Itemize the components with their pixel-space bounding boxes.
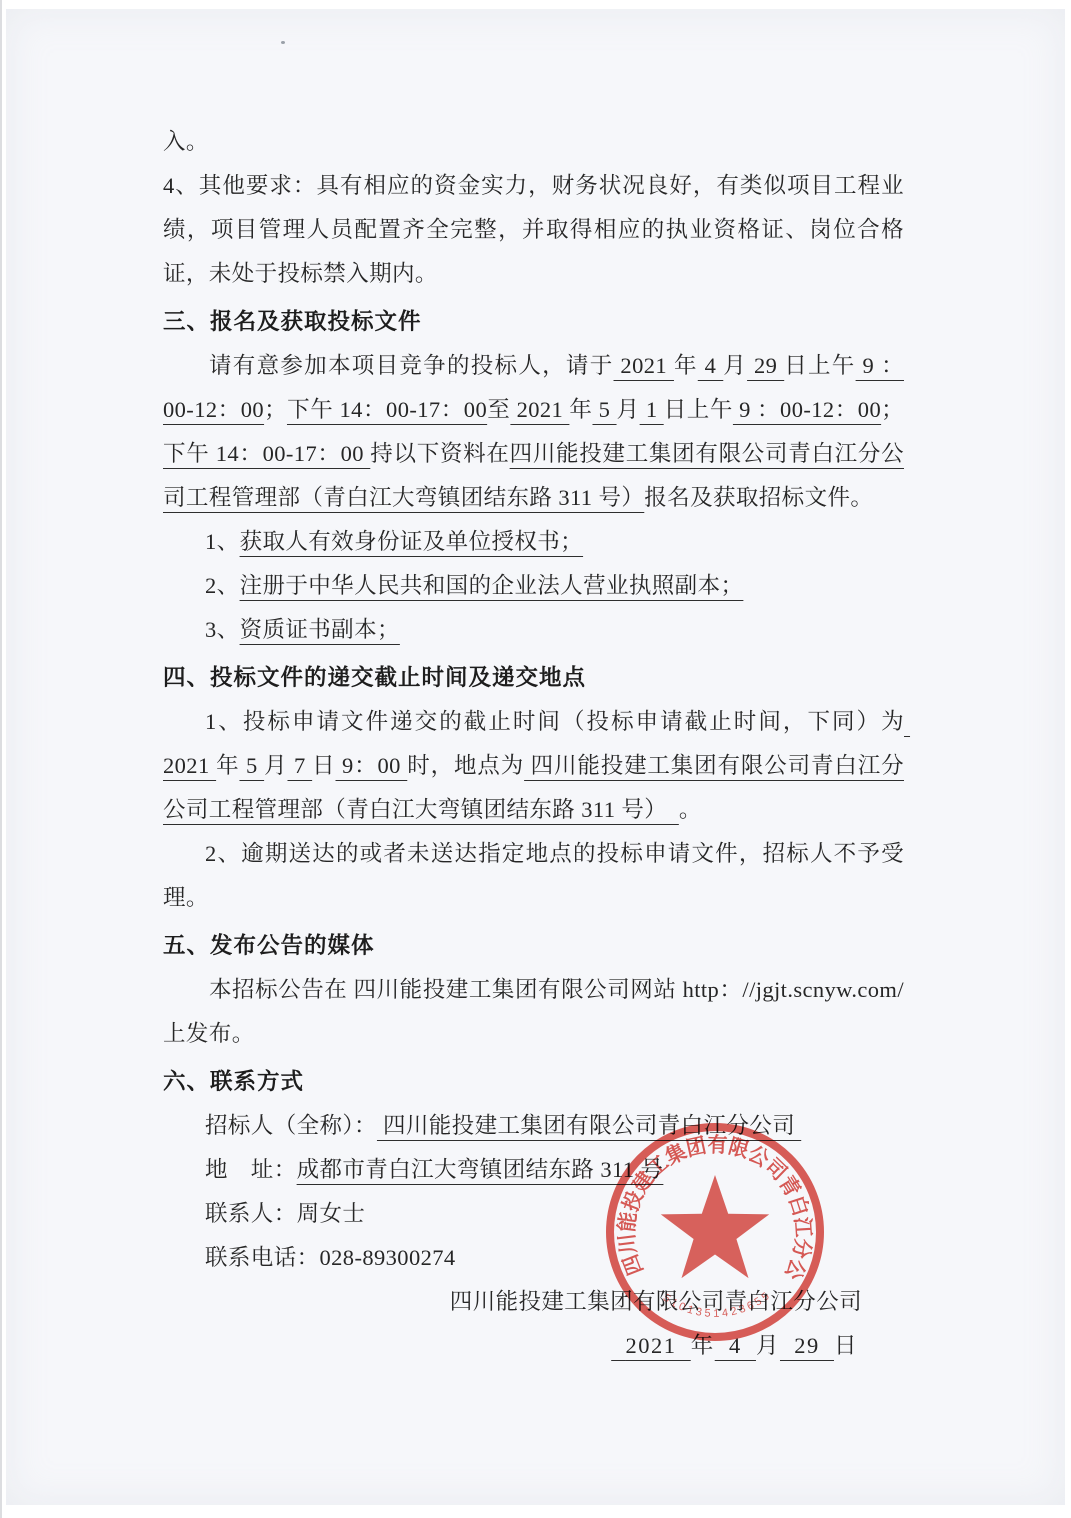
filled-blank-value: 7 <box>287 753 312 778</box>
heading-section-4: 四、投标文件的递交截止时间及递交地点 <box>163 656 904 700</box>
heading-section-5: 五、发布公告的媒体 <box>163 924 904 968</box>
filled-blank-value: 注册于中华人民共和国的企业法人营业执照副本； <box>240 573 744 598</box>
text-run: 年 <box>691 1333 715 1358</box>
filled-blank-value: 4 <box>698 353 724 378</box>
para-deadline: 1、投标申请文件递交的截止时间（投标申请截止时间，下同）为 2021 年 5 月… <box>163 700 904 832</box>
text-run: 年 <box>674 353 698 378</box>
filled-blank-value: 下午 14：00-17：00 <box>163 441 370 466</box>
text-run: 日上午 <box>784 353 855 378</box>
filled-blank-value: 资质证书副本； <box>240 617 400 642</box>
text-run: 年 <box>216 753 239 778</box>
text-run: 。 <box>679 797 702 822</box>
filled-blank-value: 29 <box>747 353 784 378</box>
filled-blank-value: 下午 14：00-17：00 <box>287 397 487 422</box>
signature-company-line: 四川能投建工集团有限公司青白江分公司 <box>163 1280 904 1324</box>
text-run: ； <box>264 397 287 422</box>
para-contact-person: 联系人：周女士 <box>163 1192 904 1236</box>
filled-blank-value: 成都市青白江大弯镇团结东路 311 号 <box>297 1157 664 1182</box>
text-run: 日上午 <box>664 397 733 422</box>
text-run: 持以下资料在 <box>370 441 509 466</box>
text-run: 四、投标文件的递交截止时间及递交地点 <box>163 665 586 690</box>
text-run: 五、发布公告的媒体 <box>163 933 375 958</box>
para-other-requirements: 4、其他要求：具有相应的资金实力，财务状况良好，有类似项目工程业绩，项目管理人员… <box>163 164 904 296</box>
text-run: 4、其他要求：具有相应的资金实力，财务状况良好，有类似项目工程业绩，项目管理人员… <box>163 173 904 286</box>
filled-blank-value: 获取人有效身份证及单位授权书； <box>240 529 584 554</box>
text-run: ； <box>881 397 904 422</box>
text-run: 2、逾期送达的或者未送达指定地点的投标申请文件，招标人不予受理。 <box>163 841 904 910</box>
para-registration: 请有意参加本项目竞争的投标人，请于 2021 年 4 月 29 日上午 9 ：0… <box>163 344 904 520</box>
text-run: 2、 <box>205 573 240 598</box>
text-run: 报名及获取招标文件。 <box>644 485 873 510</box>
filled-blank-value: 2021 <box>611 1333 691 1358</box>
text-run: 请有意参加本项目竞争的投标人，请于 <box>209 353 614 378</box>
document-body: 入。4、其他要求：具有相应的资金实力，财务状况良好，有类似项目工程业绩，项目管理… <box>163 120 904 1368</box>
filled-blank-value: 29 <box>780 1333 834 1358</box>
para-late-delivery: 2、逾期送达的或者未送达指定地点的投标申请文件，招标人不予受理。 <box>163 832 904 920</box>
filled-blank-value: 四川能投建工集团有限公司青白江分公司 <box>377 1113 801 1138</box>
signature-date-line: 2021 年 4 月 29 日 <box>163 1324 904 1368</box>
text-run: 联系电话：028-89300274 <box>205 1245 456 1270</box>
list-item-qualification: 3、资质证书副本； <box>163 608 904 652</box>
text-run: 日 <box>312 753 335 778</box>
para-contact-phone: 联系电话：028-89300274 <box>163 1236 904 1280</box>
para-carryover: 入。 <box>163 120 904 164</box>
filled-blank-value: 9 ：00-12：00 <box>733 397 881 422</box>
text-run: 年 <box>569 397 592 422</box>
text-run: 月 <box>264 753 287 778</box>
text-run: 1、 <box>205 529 240 554</box>
filled-blank-value: 4 <box>715 1333 756 1358</box>
text-run: 联系人：周女士 <box>205 1201 365 1226</box>
list-item-license: 2、注册于中华人民共和国的企业法人营业执照副本； <box>163 564 904 608</box>
para-announcement-media: 本招标公告在 四川能投建工集团有限公司网站 http：//jgjt.scnyw.… <box>163 968 904 1056</box>
text-run: 三、报名及获取投标文件 <box>163 309 422 334</box>
text-run: 月 <box>723 353 747 378</box>
text-run: 3、 <box>205 617 240 642</box>
para-tenderer-name: 招标人（全称）： 四川能投建工集团有限公司青白江分公司 <box>163 1104 904 1148</box>
para-address: 地 址：成都市青白江大弯镇团结东路 311 号 <box>163 1148 904 1192</box>
filled-blank-value: 9：00 <box>336 753 408 778</box>
text-run: 入。 <box>163 129 209 154</box>
list-item-id-card: 1、获取人有效身份证及单位授权书； <box>163 520 904 564</box>
filled-blank-value: 1 <box>640 397 664 422</box>
text-run: 月 <box>617 397 640 422</box>
scanned-document: { "page": { "background": "#f6f7fa", "te… <box>0 0 1071 1518</box>
text-run: 四川能投建工集团有限公司青白江分公司 <box>450 1289 862 1314</box>
text-run: 日 <box>834 1333 858 1358</box>
filled-blank-value: 5 <box>592 397 616 422</box>
text-run: 时，地点为 <box>407 753 524 778</box>
heading-section-6: 六、联系方式 <box>163 1060 904 1104</box>
text-run: 1、投标申请文件递交的截止时间（投标申请截止时间，下同）为 <box>205 709 904 734</box>
filled-blank-value: 5 <box>239 753 264 778</box>
scan-edge-artifact <box>0 0 2 1518</box>
text-run: 地 址： <box>205 1157 297 1182</box>
text-run: 本招标公告在 四川能投建工集团有限公司网站 http：//jgjt.scnyw.… <box>163 977 904 1046</box>
scan-speck <box>281 41 285 44</box>
text-run: 六、联系方式 <box>163 1069 304 1094</box>
text-run: 月 <box>756 1333 780 1358</box>
filled-blank-value: 2021 <box>510 397 569 422</box>
heading-section-3: 三、报名及获取投标文件 <box>163 300 904 344</box>
text-run: 招标人（全称）： <box>205 1113 377 1138</box>
text-run: 至 <box>487 397 510 422</box>
filled-blank-value: 2021 <box>614 353 674 378</box>
